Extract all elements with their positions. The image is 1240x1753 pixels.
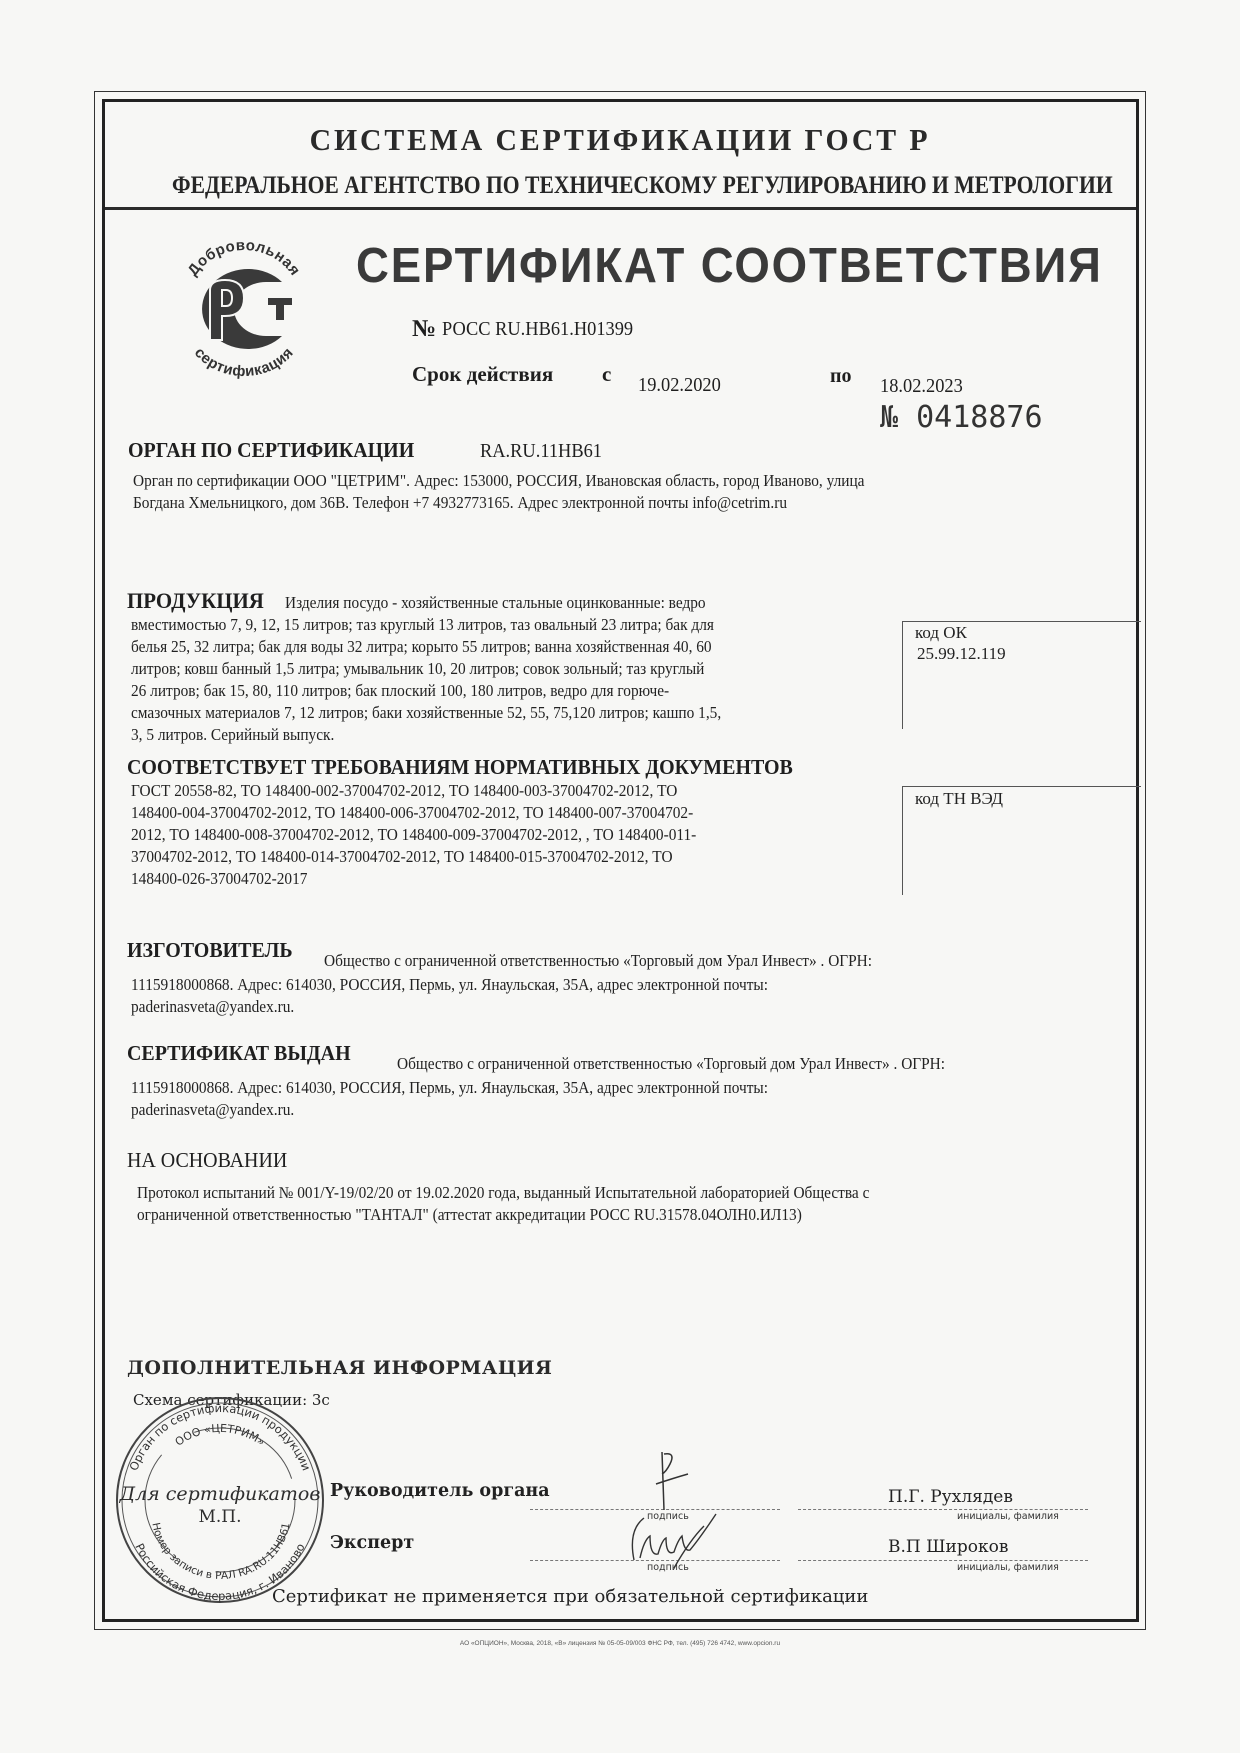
expert-name-line: [798, 1560, 1088, 1561]
norm-line: ГОСТ 20558-82, ТО 148400-002-37004702-20…: [131, 780, 847, 802]
head-name-line: [798, 1509, 1088, 1510]
expert-name: В.П Широков: [888, 1537, 1008, 1557]
ok-code-value: 25.99.12.119: [917, 644, 1006, 664]
product-first-line: Изделия посудо - хозяйственные стальные …: [285, 592, 706, 614]
manufacturer-line: paderinasveta@yandex.ru.: [131, 996, 768, 1018]
norm-line: 37004702-2012, ТО 148400-014-37004702-20…: [131, 846, 847, 868]
ok-code-label: код ОК: [915, 623, 967, 643]
svg-text:ООО «ЦЕТРИМ»: ООО «ЦЕТРИМ»: [173, 1422, 268, 1449]
tnved-code-box: код ТН ВЭД: [902, 786, 1141, 895]
norm-line: 148400-004-37004702-2012, ТО 148400-006-…: [131, 802, 847, 824]
valid-from-date: 19.02.2020: [638, 374, 721, 397]
ok-code-box: код ОК 25.99.12.119: [902, 621, 1141, 729]
norm-line: 2012, ТО 148400-008-37004702-2012, ТО 14…: [131, 824, 847, 846]
norms-heading: СООТВЕТСТВУЕТ ТРЕБОВАНИЯМ НОРМАТИВНЫХ ДО…: [127, 755, 793, 780]
norm-line: 148400-026-37004702-2017: [131, 868, 847, 890]
additional-info-heading: ДОПОЛНИТЕЛЬНАЯ ИНФОРМАЦИЯ: [127, 1357, 552, 1379]
basis-line: ограниченной ответственностью "ТАНТАЛ" (…: [137, 1204, 869, 1226]
certificate-title: СЕРТИФИКАТ СООТВЕТСТВИЯ: [356, 238, 1103, 294]
disclaimer: Сертификат не применяется при обязательн…: [272, 1586, 868, 1607]
svg-text:Орган по сертификации продукци: Орган по сертификации продукции: [126, 1401, 313, 1473]
signature-caption: подпись: [647, 1511, 689, 1522]
logo-bottom-text: сертификация: [191, 344, 297, 380]
printer-imprint: АО «ОПЦИОН», Москва, 2018, «В» лицензия …: [0, 1640, 1240, 1647]
product-description: вместимостью 7, 9, 12, 15 литров; таз кр…: [131, 614, 891, 746]
validity-from-label: с: [602, 362, 611, 387]
svg-text:сертификация: сертификация: [191, 344, 297, 380]
product-line: смазочных материалов 7, 12 литров; баки …: [131, 702, 838, 724]
number-label: №: [412, 316, 436, 343]
certificate-number: РОСС RU.НВ61.Н01399: [442, 318, 633, 341]
system-title: СИСТЕМА СЕРТИФИКАЦИИ ГОСТ Р: [25, 122, 1215, 158]
valid-to-date: 18.02.2023: [880, 375, 963, 398]
certification-body-code: RA.RU.11НВ61: [480, 440, 602, 463]
manufacturer-line: 1115918000868. Адрес: 614030, РОССИЯ, Пе…: [131, 974, 768, 996]
tnved-code-label: код ТН ВЭД: [915, 789, 1003, 809]
certification-body-heading: ОРГАН ПО СЕРТИФИКАЦИИ: [128, 438, 414, 463]
name-caption: инициалы, фамилия: [957, 1562, 1059, 1573]
product-line: вместимостью 7, 9, 12, 15 литров; таз кр…: [131, 614, 838, 636]
issued-to-first-line: Общество с ограниченной ответственностью…: [397, 1053, 945, 1075]
issued-to-details: 1115918000868. Адрес: 614030, РОССИЯ, Пе…: [131, 1077, 816, 1121]
signature-caption: подпись: [647, 1562, 689, 1573]
norms-list: ГОСТ 20558-82, ТО 148400-002-37004702-20…: [131, 780, 901, 890]
header-divider: [105, 207, 1136, 210]
manufacturer-heading: ИЗГОТОВИТЕЛЬ: [127, 938, 293, 963]
basis-heading: НА ОСНОВАНИИ: [127, 1148, 287, 1173]
issued-to-line: 1115918000868. Адрес: 614030, РОССИЯ, Пе…: [131, 1077, 768, 1099]
issued-to-heading: СЕРТИФИКАТ ВЫДАН: [127, 1041, 351, 1066]
product-line: литров; ковш банный 1,5 литра; умывальни…: [131, 658, 838, 680]
validity-to-label: по: [830, 365, 852, 388]
stamp-mp: М.П.: [198, 1507, 241, 1527]
manufacturer-details: 1115918000868. Адрес: 614030, РОССИЯ, Пе…: [131, 974, 816, 1018]
manufacturer-first-line: Общество с ограниченной ответственностью…: [324, 950, 872, 972]
stamp-outer-top: Орган по сертификации продукции: [126, 1401, 313, 1473]
stamp-inner-top: ООО «ЦЕТРИМ»: [173, 1422, 268, 1449]
validity-label: Срок действия: [412, 362, 553, 387]
product-line: 3, 5 литров. Серийный выпуск.: [131, 724, 838, 746]
rst-logo-icon: Добровольная сертификация: [170, 232, 318, 380]
head-name: П.Г. Рухлядев: [888, 1487, 1013, 1507]
basis-line: Протокол испытаний № 001/Y-19/02/20 от 1…: [137, 1182, 869, 1204]
head-of-body-label: Руководитель органа: [330, 1481, 550, 1501]
product-line: белья 25, 32 литра; бак для воды 32 литр…: [131, 636, 838, 658]
expert-label: Эксперт: [330, 1533, 414, 1553]
stamp-center-text: Для сертификатов: [119, 1483, 321, 1505]
basis-details: Протокол испытаний № 001/Y-19/02/20 от 1…: [137, 1182, 925, 1226]
seal-stamp-icon: Орган по сертификации продукции ООО «ЦЕТ…: [112, 1388, 327, 1606]
issued-to-line: paderinasveta@yandex.ru.: [131, 1099, 768, 1121]
certification-body-line: Богдана Хмельницкого, дом 36В. Телефон +…: [133, 492, 787, 514]
certification-body-line: Орган по сертификации ООО "ЦЕТРИМ". Адре…: [133, 470, 864, 492]
head-signature-icon: [640, 1448, 710, 1518]
agency-title: ФЕДЕРАЛЬНОЕ АГЕНТСТВО ПО ТЕХНИЧЕСКОМУ РЕ…: [172, 172, 1069, 200]
product-heading: ПРОДУКЦИЯ: [127, 588, 264, 614]
blank-number: № 0418876: [880, 400, 1043, 435]
product-line: 26 литров; бак 15, 80, 110 литров; бак п…: [131, 680, 838, 702]
name-caption: инициалы, фамилия: [957, 1511, 1059, 1522]
